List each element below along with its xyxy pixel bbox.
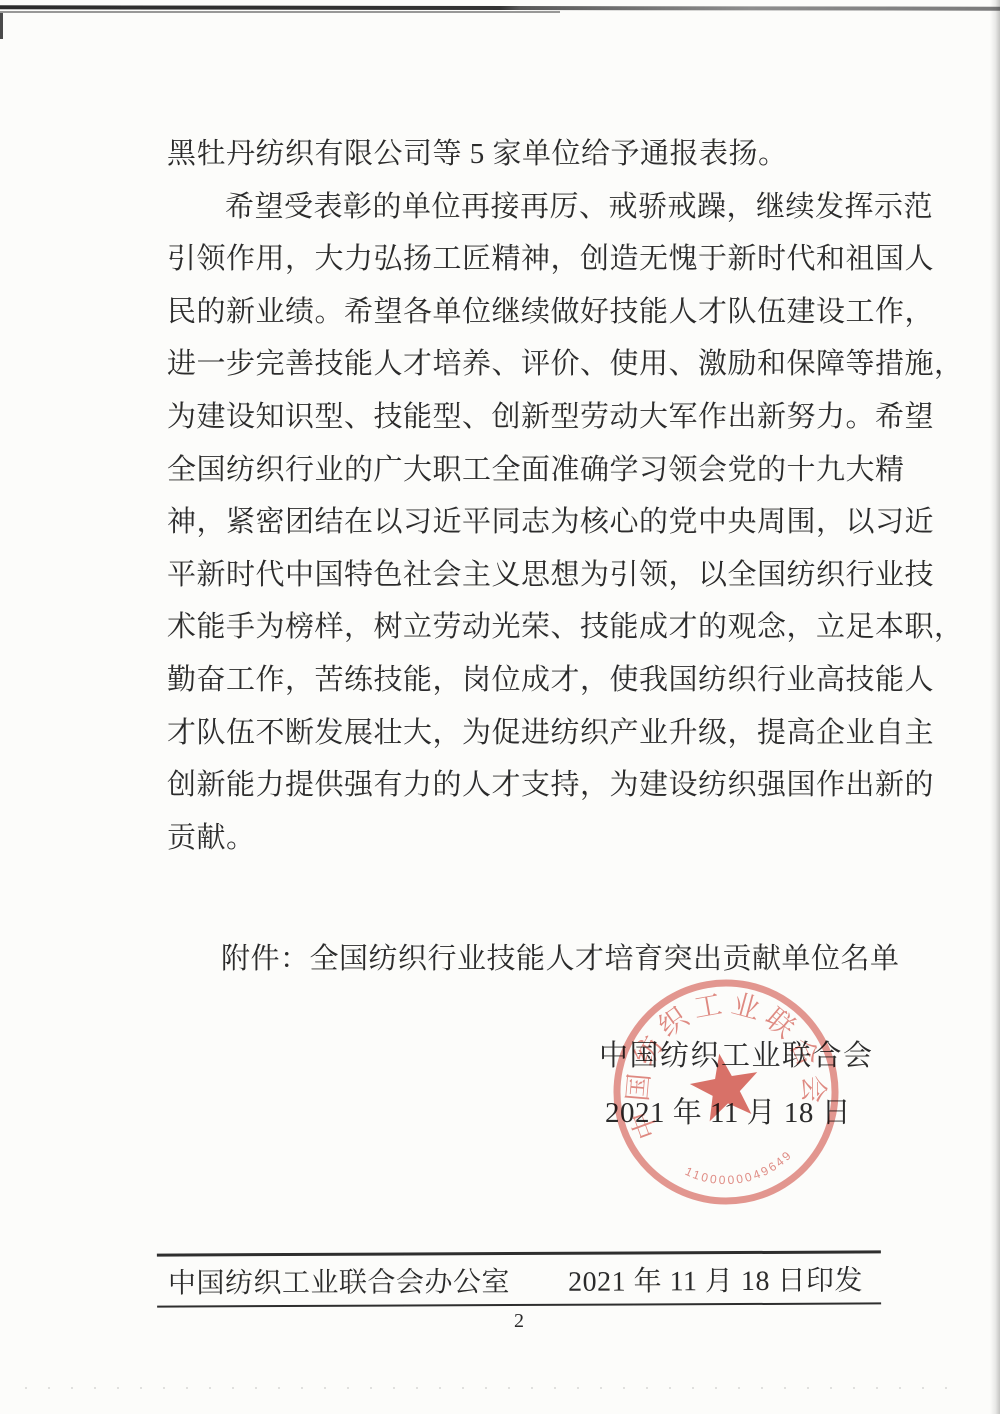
body-line: 希望受表彰的单位再接再厉、戒骄戒躁，继续发挥示范 [167, 181, 907, 234]
body-line: 才队伍不断发展壮大，为促进纺织产业升级，提高企业自主 [167, 707, 907, 760]
attachment-line: 附件：全国纺织行业技能人才培育突出贡献单位名单 [221, 936, 900, 977]
scan-artifact-left-tick [0, 13, 3, 39]
body-line: 平新时代中国特色社会主义思想为引领，以全国纺织行业技 [167, 549, 907, 602]
body-line: 为建设知识型、技能型、创新型劳动大军作出新努力。希望 [167, 391, 907, 444]
footer-imprint-bar: 中国纺织工业联合会办公室 2021 年 11 月 18 日印发 [157, 1250, 881, 1307]
body-line: 勤奋工作，苦练技能，岗位成才，使我国纺织行业高技能人 [167, 654, 907, 707]
body-line: 神，紧密团结在以习近平同志为核心的党中央周围，以习近 [167, 496, 907, 549]
scan-artifact-top-edge-2 [0, 11, 560, 13]
body-line: 贡献。 [167, 812, 907, 865]
svg-text:1100000049649: 1100000049649 [681, 1146, 799, 1196]
signature-date: 2021 年 11 月 18 日 [605, 1090, 851, 1131]
body-line: 黑牡丹纺织有限公司等 5 家单位给予通报表扬。 [167, 128, 907, 181]
body-line: 进一步完善技能人才培养、评价、使用、激励和保障等措施， [167, 338, 907, 391]
footer-issuing-office: 中国纺织工业联合会办公室 [168, 1260, 510, 1301]
signature-organization: 中国纺织工业联合会 [599, 1033, 874, 1074]
body-line: 创新能力提供强有力的人才支持，为建设纺织强国作出新的 [167, 759, 907, 812]
letter-body: 黑牡丹纺织有限公司等 5 家单位给予通报表扬。 希望受表彰的单位再接再厉、戒骄戒… [167, 128, 907, 864]
scan-artifact-speckles [25, 1387, 960, 1389]
footer-print-date: 2021 年 11 月 18 日印发 [568, 1258, 863, 1299]
scan-artifact-right-edge [990, 0, 1000, 1414]
body-line: 术能手为榜样，树立劳动光荣、技能成才的观念，立足本职， [167, 601, 907, 654]
body-line: 引领作用，大力弘扬工匠精神，创造无愧于新时代和祖国人 [167, 233, 907, 286]
body-line: 全国纺织行业的广大职工全面准确学习领会党的十九大精 [167, 444, 907, 497]
scan-artifact-top-edge [0, 5, 1000, 10]
document-page: 黑牡丹纺织有限公司等 5 家单位给予通报表扬。 希望受表彰的单位再接再厉、戒骄戒… [0, 0, 1000, 1414]
seal-serial-number: 1100000049649 [681, 1146, 799, 1196]
page-number: 2 [157, 1310, 881, 1333]
body-line: 民的新业绩。希望各单位继续做好技能人才队伍建设工作， [167, 286, 907, 339]
